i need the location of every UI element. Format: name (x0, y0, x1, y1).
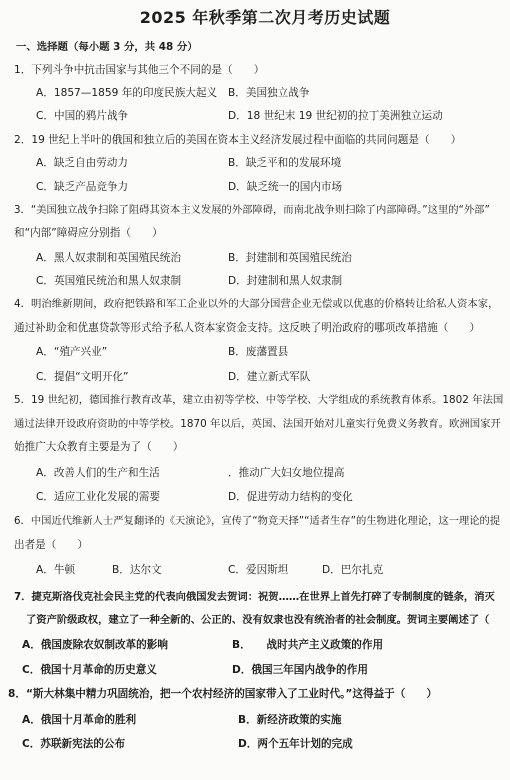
question-8-stem: 8．“斯大林集中精力巩固统治，把一个农村经济的国家带入了工业时代。”这得益于（ … (8, 687, 437, 701)
question-8-option-a: A．俄国十月革命的胜利 (22, 713, 136, 727)
question-2-option-d: D．缺乏统一的国内市场 (228, 180, 342, 194)
question-6-stem-line-1: 6．中国近代维新人士严复翻译的《天演论》，宣传了“物竞天择”“适者生存”的生物进… (14, 514, 500, 528)
question-4-option-b: B．废藩置县 (228, 345, 288, 359)
question-1-stem: 1．下列斗争中抗击国家与其他三个不同的是（ ） (14, 63, 264, 77)
question-2-option-c: C．缺乏产品竞争力 (36, 180, 128, 194)
question-4-option-a: A．“殖产兴业” (36, 345, 107, 359)
question-5-option-b: ．推动广大妇女地位提高 (228, 466, 345, 480)
question-3-option-d: D．封建制和黑人奴隶制 (228, 274, 342, 288)
question-4-stem-line-1: 4．明治维新期间，政府把铁路和军工企业以外的大部分国营企业无偿或以优惠的价格转让… (14, 297, 499, 311)
question-4-option-c: C．提倡“文明开化” (36, 370, 129, 384)
question-6-option-a: A．牛顿 (36, 563, 75, 577)
question-1-option-b: B．美国独立战争 (228, 86, 309, 100)
section-heading: 一、选择题（每小题 3 分，共 48 分） (16, 40, 198, 54)
question-2-option-a: A．缺乏自由劳动力 (36, 156, 128, 170)
question-8-option-c: C．苏联新宪法的公布 (22, 737, 125, 751)
question-4-option-d: D．建立新式军队 (228, 370, 310, 384)
question-4-stem-line-2: 通过补助金和优惠贷款等形式给予私人资本家资金支持。这反映了明治政府的哪项改革措施… (14, 321, 480, 335)
question-6-stem-line-2: 出者是（ ） (14, 538, 88, 552)
question-6-option-d: D．巴尔扎克 (322, 563, 383, 577)
question-7-option-c: C．俄国十月革命的历史意义 (22, 663, 157, 677)
question-7-stem-line-2: 了资产阶级政权，建立了一种全新的、公正的、没有奴隶也没有统治者的社会制度。贺词主… (26, 613, 510, 627)
question-3-option-c: C．英国殖民统治和黑人奴隶制 (36, 274, 181, 288)
question-3-option-b: B．封建制和英国殖民统治 (228, 251, 352, 265)
question-3-stem-line-1: 3．“美国独立战争扫除了阻碍其资本主义发展的外部障碍，而南北战争则扫除了内部障碍… (14, 203, 490, 217)
question-1-option-c: C．中国的鸦片战争 (36, 109, 128, 123)
question-1-option-d: D．18 世纪末 19 世纪初的拉丁美洲独立运动 (228, 109, 443, 123)
question-5-option-d: D．促进劳动力结构的变化 (228, 490, 353, 504)
question-7-option-d: D．俄国三年国内战争的作用 (232, 663, 368, 677)
question-8-option-b: B．新经济政策的实施 (238, 713, 341, 727)
question-2-stem: 2．19 世纪上半叶的俄国和独立后的美国在资本主义经济发展过程中面临的共同问题是… (14, 133, 461, 147)
question-1-option-a: A．1857—1859 年的印度民族大起义 (36, 86, 217, 100)
question-5-stem-line-1: 5．19 世纪初，德国推行教育改革，建立由初等学校、中等学校、大学组成的系统教育… (14, 393, 503, 407)
question-3-option-a: A．黑人奴隶制和英国殖民统治 (36, 251, 181, 265)
question-6-option-c: C．爱因斯坦 (228, 563, 288, 577)
question-5-option-a: A．改善人们的生产和生活 (36, 466, 160, 480)
question-8-option-d: D．两个五年计划的完成 (238, 737, 353, 751)
question-7-stem-line-1: 7．捷克斯洛伐克社会民主党的代表向俄国发去贺词：祝贺……在世界上首先打碎了专制制… (14, 590, 495, 604)
question-7-option-a: A．俄国废除农奴制改革的影响 (22, 638, 168, 652)
question-5-stem-line-2: 通过法律开设政府资助的中等学校。1870 年以后，英国、法国开始对儿童实行免费义… (14, 417, 501, 431)
question-5-option-c: C．适应工业化发展的需要 (36, 490, 160, 504)
question-5-stem-line-3: 始推广大众教育主要是为了（ ） (14, 440, 184, 454)
question-3-stem-line-2: 和“内部”障碍应分别指（ ） (14, 226, 163, 240)
question-6-option-b: B．达尔文 (112, 563, 162, 577)
question-7-option-b: B． 战时共产主义政策的作用 (232, 638, 383, 652)
question-2-option-b: B．缺乏平和的发展环境 (228, 156, 341, 170)
page-title: 2025 年秋季第二次月考历史试题 (0, 8, 510, 28)
